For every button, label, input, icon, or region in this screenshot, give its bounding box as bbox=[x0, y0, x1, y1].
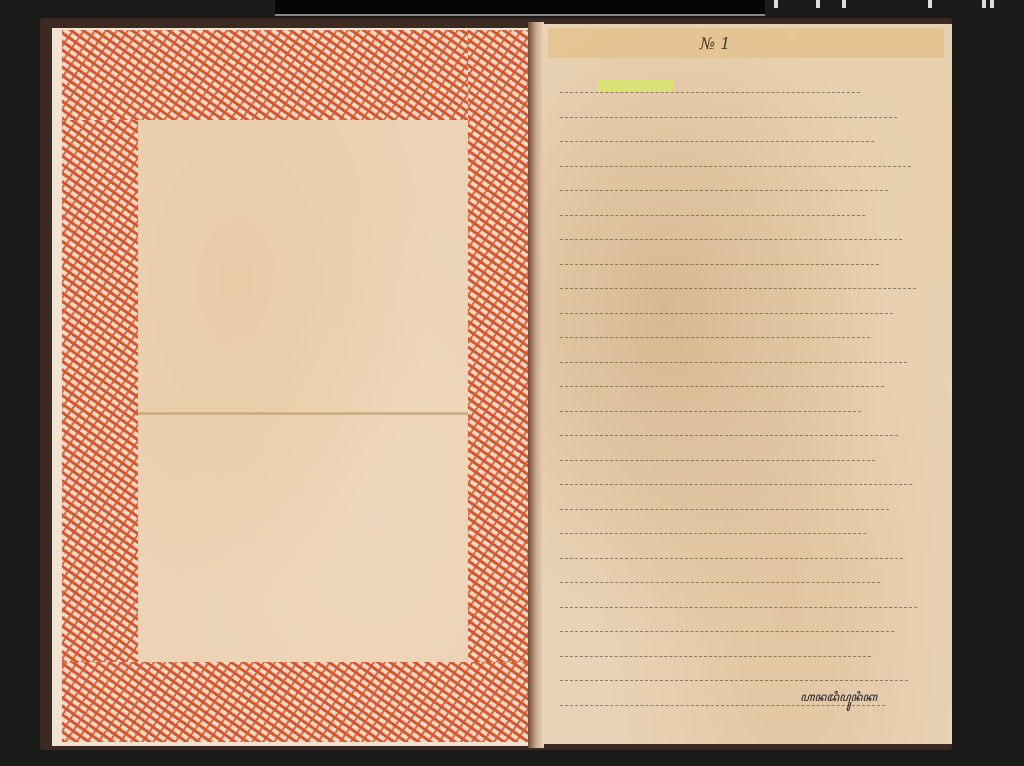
text-line bbox=[560, 631, 894, 633]
top-bar bbox=[275, 0, 765, 16]
text-line bbox=[560, 656, 871, 658]
decorative-border-right bbox=[468, 30, 530, 742]
text-line bbox=[560, 239, 902, 241]
decorative-border-bottom bbox=[62, 662, 528, 742]
paper-fold bbox=[138, 412, 468, 415]
text-line bbox=[560, 362, 907, 364]
text-line bbox=[560, 411, 861, 413]
text-line bbox=[560, 92, 860, 94]
text-line bbox=[560, 533, 866, 535]
text-line bbox=[560, 141, 874, 143]
decorative-border-top bbox=[62, 30, 528, 120]
text-line bbox=[560, 288, 916, 290]
text-line bbox=[560, 582, 880, 584]
manuscript-page bbox=[542, 24, 952, 744]
blank-paper-inset bbox=[138, 120, 468, 662]
decorative-border-left bbox=[62, 120, 138, 662]
text-line bbox=[560, 215, 865, 217]
scale-ruler bbox=[764, 0, 1024, 12]
text-line bbox=[560, 460, 875, 462]
text-line bbox=[560, 558, 903, 560]
highlighted-text bbox=[598, 80, 673, 92]
text-line bbox=[560, 264, 879, 266]
bottom-note: ꦲꦤꦢꦶꦥꦸꦤꦶꦏ bbox=[800, 688, 877, 712]
text-line bbox=[560, 509, 889, 511]
text-line bbox=[560, 313, 893, 315]
text-line bbox=[560, 607, 917, 609]
paper-tape bbox=[548, 28, 944, 58]
text-line bbox=[560, 190, 888, 192]
text-line bbox=[560, 166, 911, 168]
text-line bbox=[560, 337, 870, 339]
text-line bbox=[560, 484, 912, 486]
page-number-label: № 1 bbox=[700, 34, 730, 53]
text-line bbox=[560, 386, 884, 388]
text-line bbox=[560, 117, 897, 119]
text-line bbox=[560, 435, 898, 437]
text-line bbox=[560, 680, 908, 682]
